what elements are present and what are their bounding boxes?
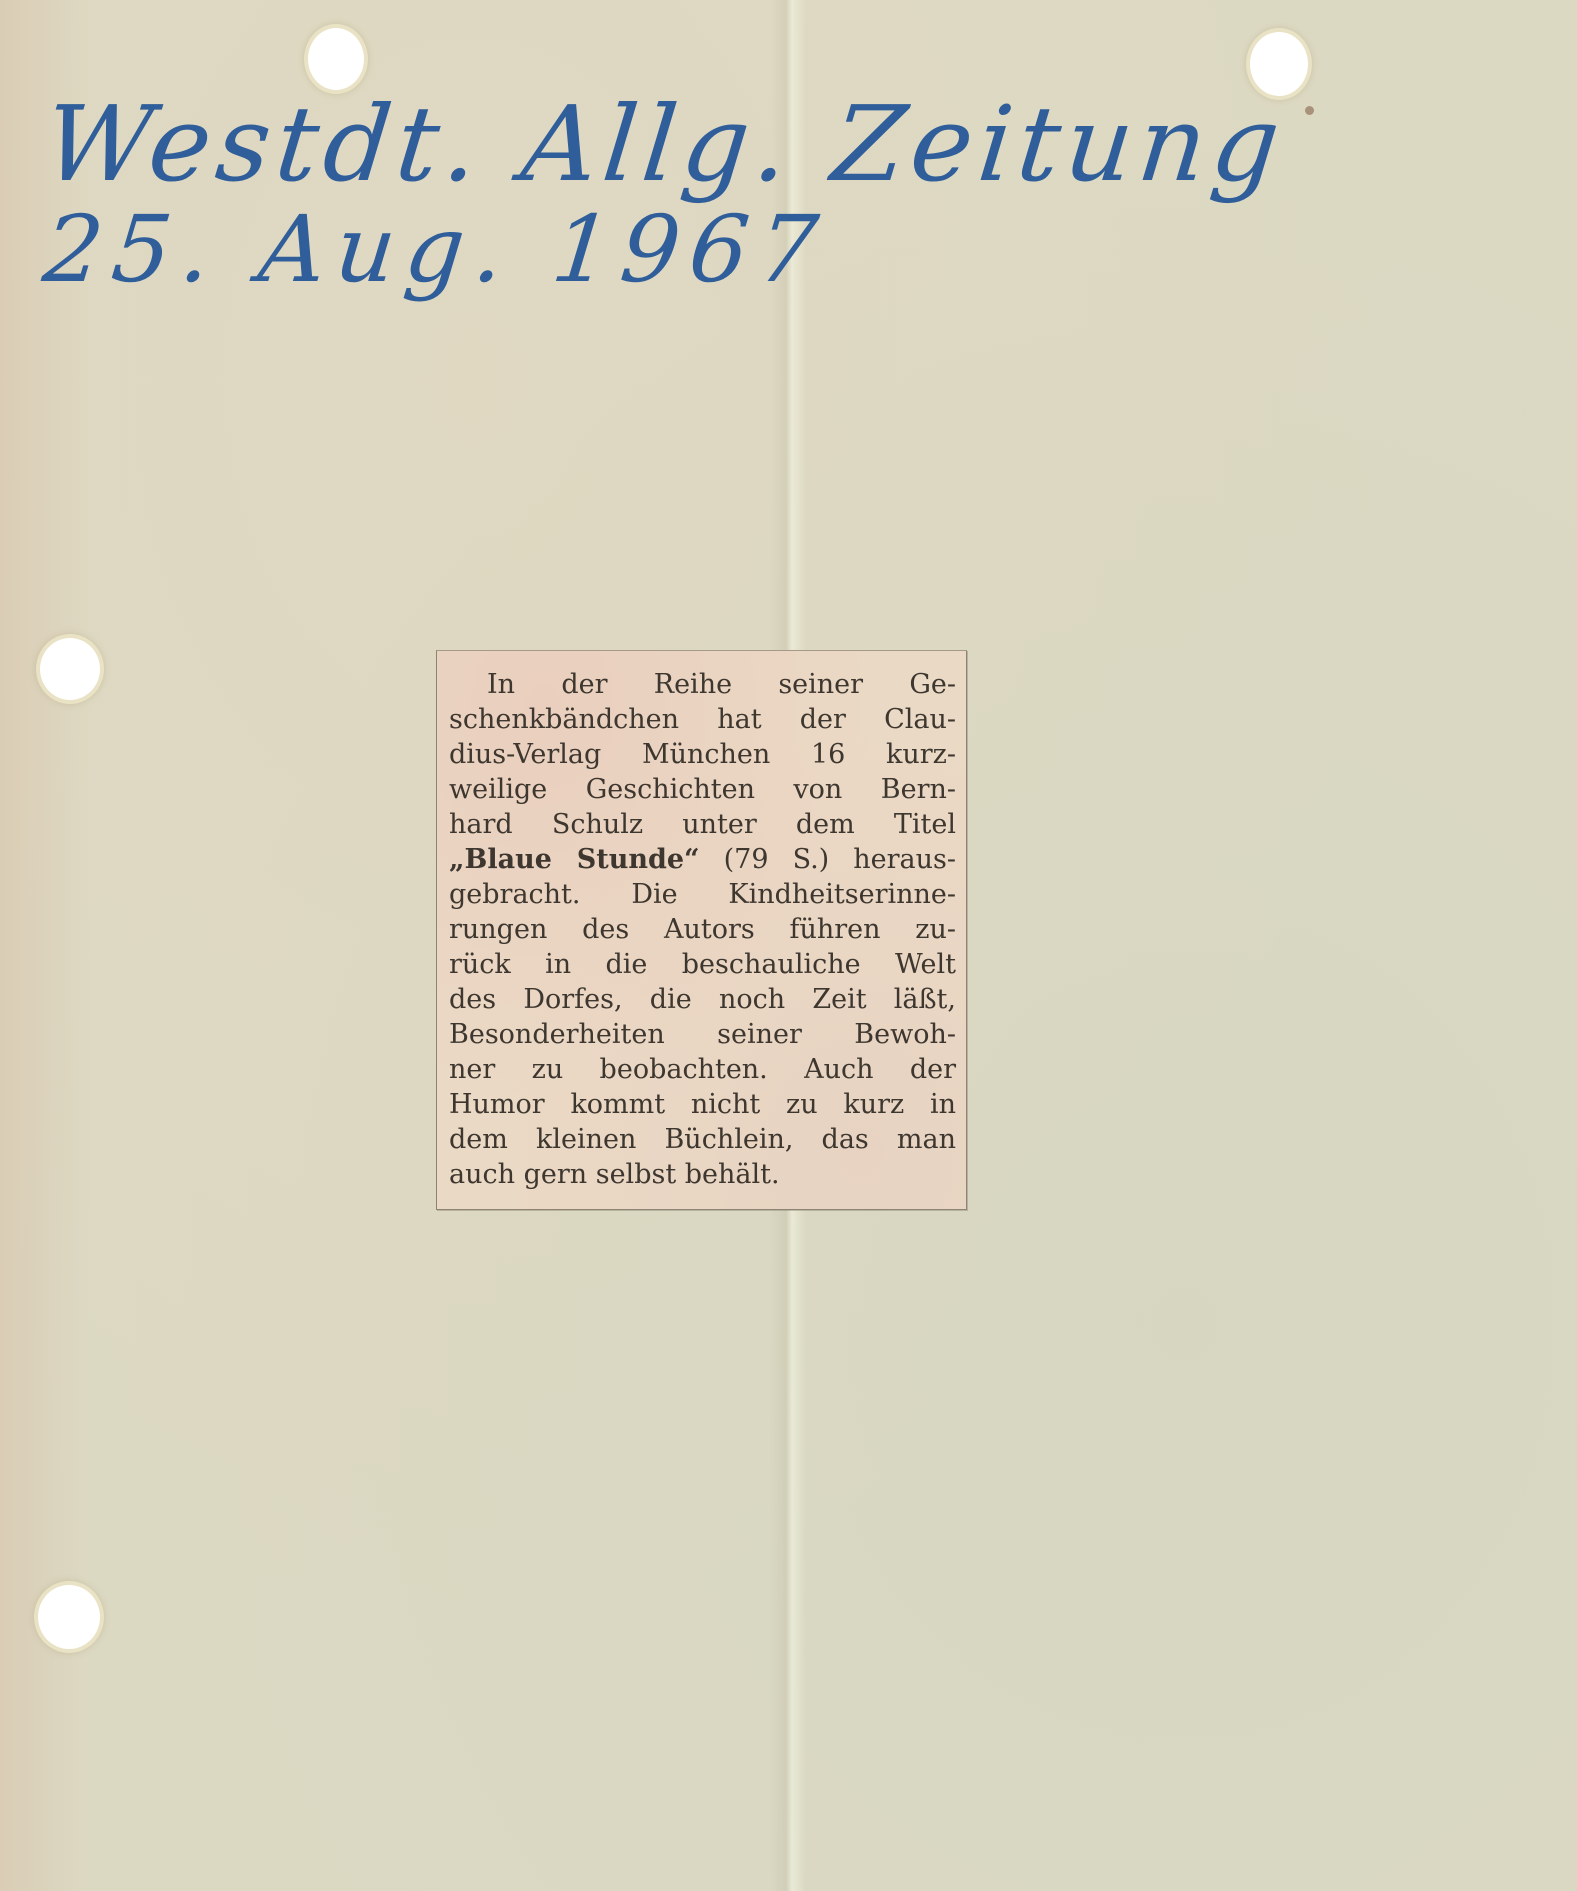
clipping-line: ner zu beobachten. Auch der [449,1052,956,1087]
book-title: „Blaue Stunde“ [449,844,700,875]
newspaper-clipping: In der Reihe seiner Ge- schenkbändchen h… [436,650,967,1210]
archival-sheet: Westdt. Allg. Zeitung 25. Aug. 1967 In d… [0,0,1577,1891]
clipping-line: dius-Verlag München 16 kurz- [449,737,956,772]
source-newspaper-name: Westdt. Allg. Zeitung [40,92,1290,196]
clipping-line: hard Schulz unter dem Titel [449,807,956,842]
clipping-line: Humor kommt nicht zu kurz in [449,1087,956,1122]
book-pages: (79 S.) heraus- [700,844,956,875]
clipping-line: rungen des Autors führen zu- [449,912,956,947]
handwritten-source-annotation: Westdt. Allg. Zeitung 25. Aug. 1967 [29,92,1290,296]
source-date: 25. Aug. 1967 [29,204,1278,296]
punch-hole-lower-left [38,1585,100,1649]
clipping-line: weilige Geschichten von Bern- [449,772,956,807]
punch-hole-middle-left [40,638,100,700]
clipping-line: dem kleinen Büchlein, das man [449,1122,956,1157]
paper-stain [1305,106,1314,115]
clipping-line: des Dorfes, die noch Zeit läßt, [449,982,956,1017]
clipping-line: Besonderheiten seiner Bewoh- [449,1017,956,1052]
clipping-line: In der Reihe seiner Ge- [449,667,956,702]
punch-hole-top-left [308,28,364,90]
clipping-line: auch gern selbst behält. [449,1157,956,1192]
clipping-body: In der Reihe seiner Ge- schenkbändchen h… [449,667,956,1192]
clipping-line: gebracht. Die Kindheitserinne- [449,877,956,912]
clipping-line-book-title: „Blaue Stunde“ (79 S.) heraus- [449,842,956,877]
clipping-line: rück in die beschauliche Welt [449,947,956,982]
clipping-line: schenkbändchen hat der Clau- [449,702,956,737]
